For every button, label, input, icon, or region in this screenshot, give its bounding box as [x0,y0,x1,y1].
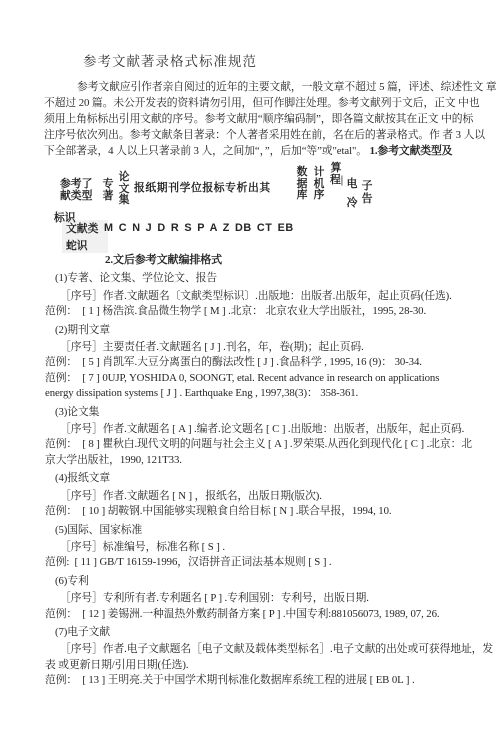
table-col-merged-header: 报纸期刊学位报标专析出其 [134,180,271,195]
table-col-program: 算程| [330,163,342,186]
document-page: 参考文献著录格式标准规范 参考文献应引作者亲自阅过的近年的主要文献，一般文章不超… [0,0,500,747]
format-line: ［序号］专利所有者.专利题名 [ P ] .专利国别：专利号，出版日期. [60,591,500,606]
section-heading: (5)国际、国家标准 [55,523,500,538]
format-line: ［序号］主要责任者.文献题名 [ J ] .刊名，年，卷(期)；起止页码. [60,340,500,355]
table-type-codes: M C N J D R S P A Z DB CT EB [104,222,294,234]
format-line: ［序号］标准编号，标准名称 [ S ] . [60,540,500,555]
table-row-label-type: 参考了献类型 [60,179,92,202]
section-heading: (7)电子文献 [55,625,500,640]
table-col-bulletin: 子告 [361,180,373,206]
continuation-line: 京大学出版社，1990, 121T33. [45,453,500,468]
continuation-line: energy dissipation systems [ J ] . Earth… [45,386,500,401]
intro-line-text: 下全部著录，4 人以上只著录前 3 人，之间加“，”，后加“等”或"etal"。 [44,145,370,157]
section-heading: (1)专著、论文集、学位论文、报告 [55,271,500,286]
format-line: ［序号］作者.文献题名 [ A ] .编者.论文题名 [ C ] .出版地：出版… [60,422,500,437]
page-title: 参考文献著录格式标准规范 [83,50,257,70]
table-col-electronic: 电冷 [346,175,358,213]
reference-format-list: 2.文后参考文献编排格式 (1)专著、论文集、学位论文、报告 ［序号］作者.文献… [0,253,500,689]
continuation-line: 表 或更新日期/引用日期(任选). [45,658,500,673]
intro-line: 不超过 20 篇。未公开发表的资料请勿引用，但可作脚注处理。参考文献列于文后，正… [44,96,474,112]
table-label-line: 参考了 [60,178,92,190]
example-line: 范例： [ 12 ] 姜锡洲.一种温热外敷药制备方案 [ P ] .中国专利:8… [45,607,500,622]
example-line: 范例: [ 11 ] GB/T 16159-1996，汉语拼音正词法基本规则 [… [45,555,500,570]
intro-paragraph: 参考文献应引作者亲自阅过的近年的主要文献，一般文章不超过 5 篇，评述、综述性文… [44,80,474,160]
example-line: 范例： [ 10 ] 胡鞍钢.中国能够实现粮食自给目标 [ N ] .联合早报，… [45,504,500,519]
example-line: 范例： [ 8 ] 瞿秋白.现代文明的问题与社会主义 [ A ] .罗荣渠.从西… [45,437,500,452]
intro-line: 下全部著录，4 人以上只著录前 3 人，之间加“，”，后加“等”或"etal"。… [44,144,474,160]
table-row2-label2: 蛇识 [66,238,88,253]
example-line: 范例： [ 13 ] 王明亮.关于中国学术期刊标准化数据库系统工程的进展 [ E… [45,673,500,688]
section-heading: (4)报纸文章 [55,471,500,486]
format-line: ［序号］作者.电子文献题名［电子文献及载体类型标名］.电子文献的出处或可获得地址… [60,642,500,657]
format-line: ［序号］作者.文献题名 [ N ] ，报纸名，出版日期(版次). [60,489,500,504]
table-col-computer: 计机序 [313,167,325,202]
section-heading: (2)期刊文章 [55,323,500,338]
section1-inline-heading: 1.参考文献类型及 [370,145,453,157]
example-line: 范例： [ 5 ] 肖凯军.大豆分离蛋白的酶法改性 [ J ] .食品科学 , … [45,355,500,370]
section2-title: 2.文后参考文献编排格式 [105,253,500,268]
section-heading: (6)专利 [55,574,500,589]
table-col-monograph: 专著 [102,179,114,202]
intro-line: 须用上角标标出引用文献的序号。参考文献用“顺序编码制”，即各篇文献按其在正文 中… [44,112,474,128]
intro-line: 参考文献应引作者亲自阅过的近年的主要文献，一般文章不超过 5 篇，评述、综述性文… [44,80,474,96]
intro-line: 注序号依次列出。参考文献条目著录：个人著者采用姓在前，名在后的著录格式。作 者 … [44,128,474,144]
section-heading: (3)论文集 [55,405,500,420]
table-label-line: 献类型 [60,190,92,202]
example-line: 范例： [ 1 ] 杨浩滨.食品微生物学 [ M ] .北京： 北京农业大学出版… [45,304,500,319]
table-col-proceedings: 论文集 [118,172,130,207]
table-col-database: 数据库 [296,167,308,202]
format-line: ［序号］作者.文献题名〔文献类型标识〕.出版地：出版者.出版年，起止页码(任选)… [60,289,500,304]
table-row2-label: 文献类 [66,221,98,236]
example-line: 范例： [ 7 ] 0UJP, YOSHIDA 0, SOONGT, etal.… [45,371,500,386]
